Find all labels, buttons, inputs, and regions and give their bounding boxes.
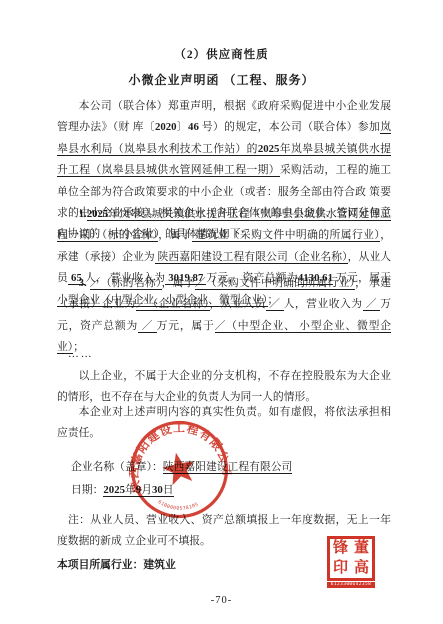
- doc-title: 小微企业声明函 （工程、服务）: [0, 71, 443, 88]
- company-seal-graphic: 陕西嘉阳建设工程有限公司 6100000578105: [120, 410, 240, 530]
- personal-seal-digits: 6123300642358: [327, 582, 375, 588]
- personal-seal-char: 高: [351, 559, 372, 579]
- personal-name-seal: 锋 董 印 高 6123300642358: [327, 536, 375, 588]
- star-icon: [160, 449, 198, 486]
- personal-seal-char: 印: [330, 559, 351, 579]
- personal-seal-box: 锋 董 印 高: [327, 536, 375, 581]
- personal-seal-char: 锋: [330, 539, 351, 559]
- page-number: -70-: [0, 595, 443, 606]
- ellipsis-line: ……: [57, 344, 391, 365]
- section-title: （2）供应商性质: [0, 46, 443, 62]
- company-seal-stamp: 陕西嘉阳建设工程有限公司 6100000578105: [120, 410, 240, 530]
- document-page: （2）供应商性质 小微企业声明函 （工程、服务） 本公司（联合体）郑重声明，根据…: [0, 0, 443, 624]
- personal-seal-char: 董: [351, 539, 372, 559]
